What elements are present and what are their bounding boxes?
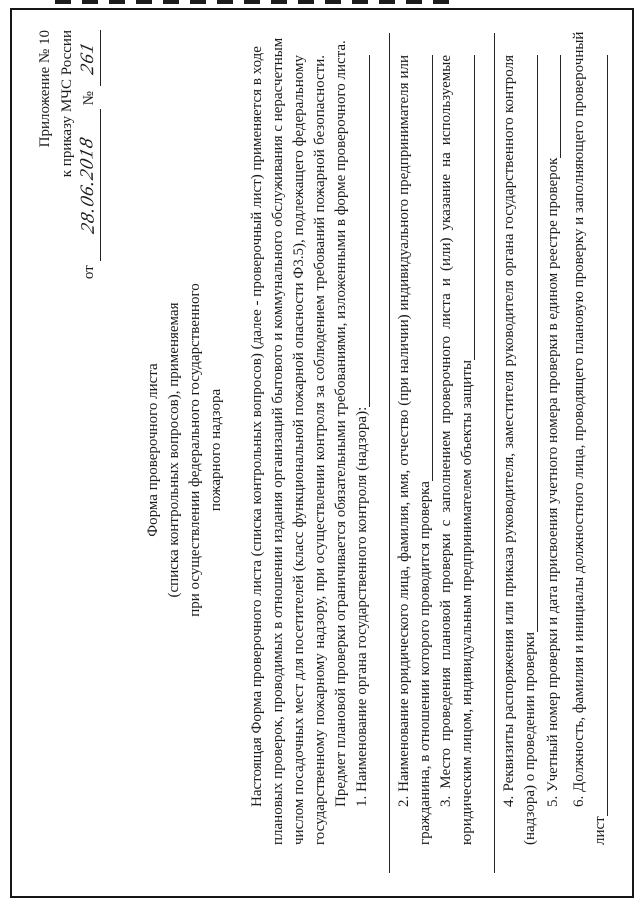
scanned-document-sheet: Приложение № 10 к приказу МЧС России от2… (0, 0, 640, 905)
form-item-1: 1. Наименование органа государственного … (352, 55, 390, 845)
form-item-4-line-2: (надзора) о проведении проверки (520, 55, 541, 845)
handwritten-number: 261 (82, 41, 95, 75)
form-item-2-line-1: 2. Наименование юридического лица, фамил… (394, 55, 415, 845)
title-line-4: пожарного надзора (206, 55, 227, 845)
form-item-4: 4. Реквизиты распоряжения или приказа ру… (499, 55, 541, 845)
annex-order-line: от28.06.2018№261 (78, 30, 101, 845)
order-number-field: 261 (78, 30, 101, 86)
scan-edge-artifact (55, 0, 455, 4)
annex-line-1: Приложение № 10 (34, 30, 56, 845)
form-item-3-text-2: юридическим лицом, индивидуальным предпр… (457, 360, 478, 845)
form-item-4-line-1: 4. Реквизиты распоряжения или приказа ру… (499, 55, 520, 845)
document-content: Приложение № 10 к приказу МЧС России от2… (0, 55, 611, 845)
form-item-6-text-2: лист (590, 816, 611, 845)
fill-in-underline (369, 55, 370, 407)
subject-paragraph: Предмет плановой проверки ограничивается… (331, 55, 352, 845)
intro-line-1: Настоящая Форма проверочного листа (спис… (247, 55, 268, 845)
form-item-3: 3. Место проведения плановой проверки с … (436, 55, 495, 845)
form-item-4-text-2: (надзора) о проведении проверки (520, 632, 541, 845)
form-item-6-line-1: 6. Должность, фамилия и инициалы должнос… (569, 55, 590, 845)
fill-in-underline (607, 55, 608, 816)
title-line-1: Форма проверочного листа (143, 55, 164, 845)
title-line-2: (списка контрольных вопросов), применяем… (164, 55, 185, 845)
order-date-field: 28.06.2018 (78, 109, 101, 261)
annex-line-2: к приказу МЧС России (56, 30, 78, 845)
form-item-3-line-1: 3. Место проведения плановой проверки с … (436, 55, 457, 845)
document-title-block: Форма проверочного листа (списка контрол… (143, 55, 227, 845)
form-item-1-line: 1. Наименование органа государственного … (352, 55, 373, 845)
form-item-5-text: 5. Учетный номер проверки и дата присвое… (543, 158, 564, 845)
blank-fill-in-line (478, 33, 495, 873)
intro-line-4: государственному пожарному надзору, при … (310, 55, 331, 845)
fill-in-underline (474, 55, 475, 360)
fill-in-underline (432, 55, 433, 481)
fill-in-underline (560, 55, 561, 158)
fill-in-underline (537, 55, 538, 632)
form-item-2-text-2: гражданина, в отношении которого проводи… (415, 481, 436, 845)
intro-line-3: числом посадочных мест для посетителей (… (289, 55, 310, 845)
annex-header-block: Приложение № 10 к приказу МЧС России от2… (34, 30, 101, 845)
handwritten-date: 28.06.2018 (81, 136, 95, 235)
intro-line-2: плановых проверок, проводимых в отношени… (268, 55, 289, 845)
intro-paragraph: Настоящая Форма проверочного листа (спис… (247, 55, 331, 845)
form-item-5: 5. Учетный номер проверки и дата присвое… (543, 55, 564, 845)
number-sign-label: № (81, 91, 97, 105)
form-item-5-line: 5. Учетный номер проверки и дата присвое… (543, 55, 564, 845)
form-item-2-line-2: гражданина, в отношении которого проводи… (415, 55, 436, 845)
form-item-6-line-2: лист (590, 55, 611, 845)
blank-fill-in-line (373, 33, 390, 873)
form-item-2: 2. Наименование юридического лица, фамил… (394, 55, 436, 845)
form-item-1-text: 1. Наименование органа государственного … (352, 407, 373, 845)
form-item-3-line-2: юридическим лицом, индивидуальным предпр… (457, 55, 478, 845)
ot-label: от (81, 265, 97, 279)
form-item-6: 6. Должность, фамилия и инициалы должнос… (569, 55, 611, 845)
title-line-3: при осуществлении федерального государст… (185, 55, 206, 845)
